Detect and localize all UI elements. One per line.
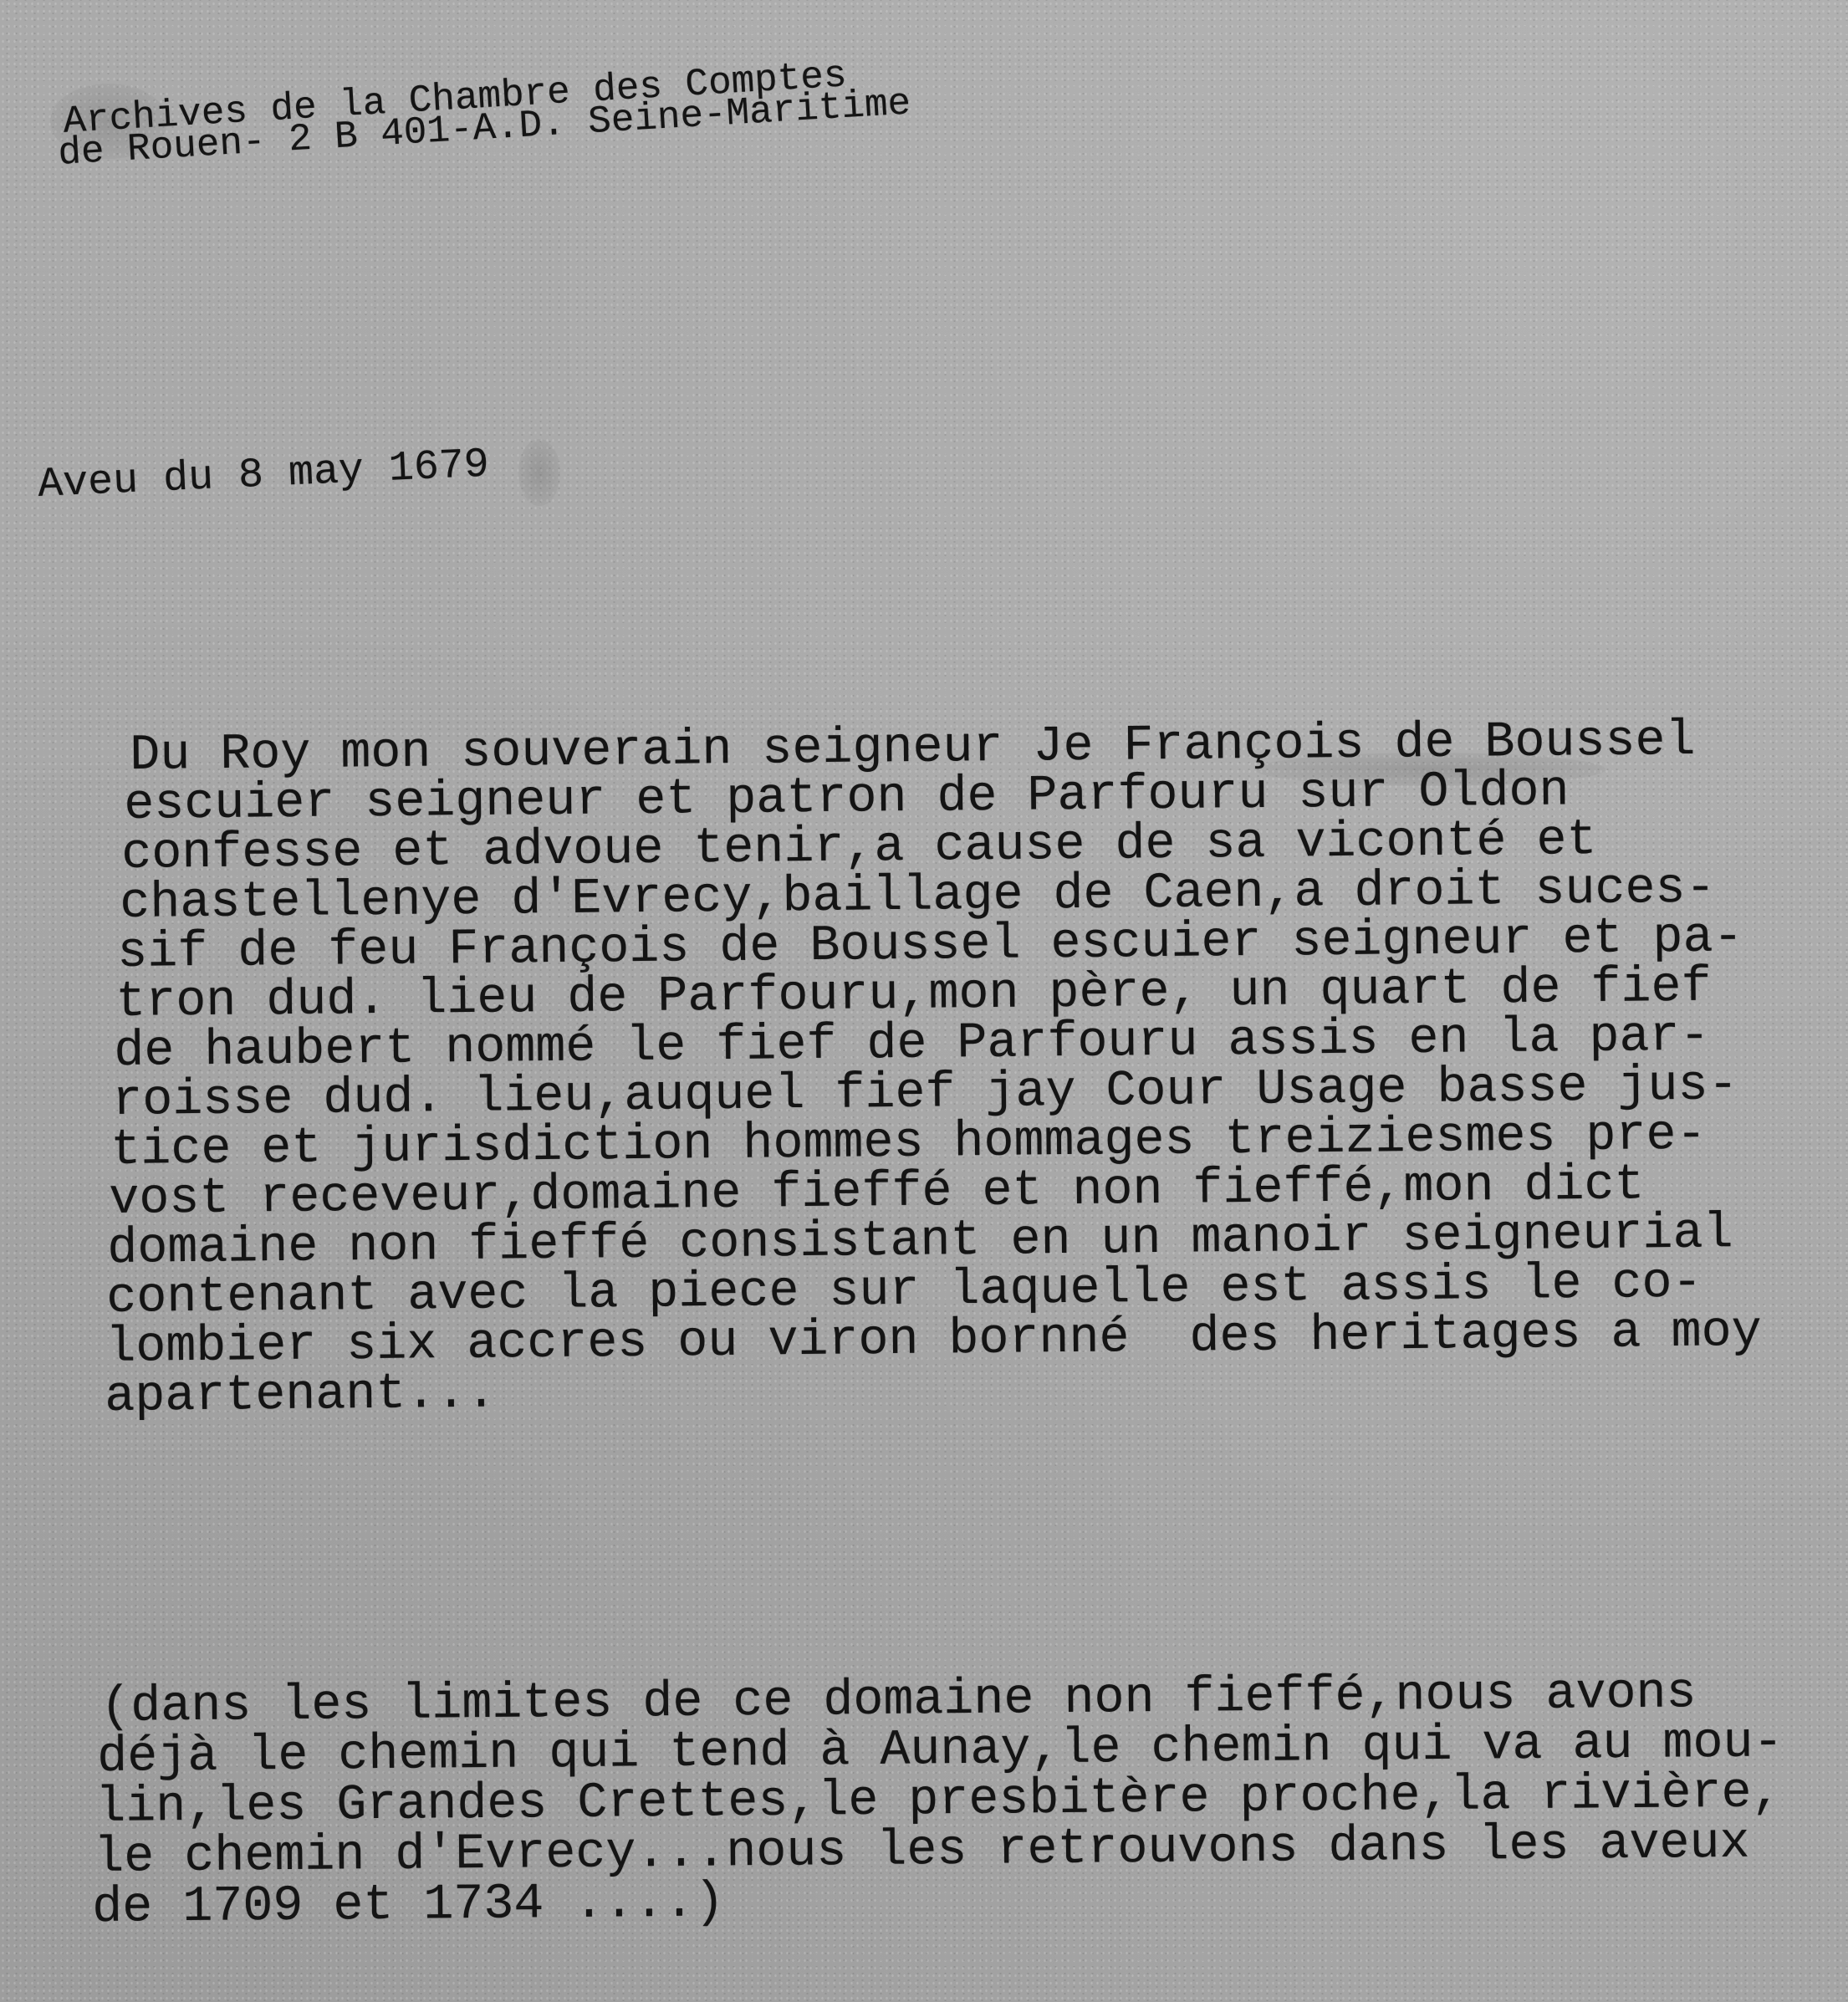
document-date: Aveu du 8 may 1679 [37,441,490,508]
body-line: apartenant... [105,1366,497,1426]
note-line: de 1709 et 1734 ....) [92,1874,725,1937]
document-page: Archives de la Chambre des Comptes de Ro… [0,0,1848,2002]
ink-smudge [518,439,560,506]
